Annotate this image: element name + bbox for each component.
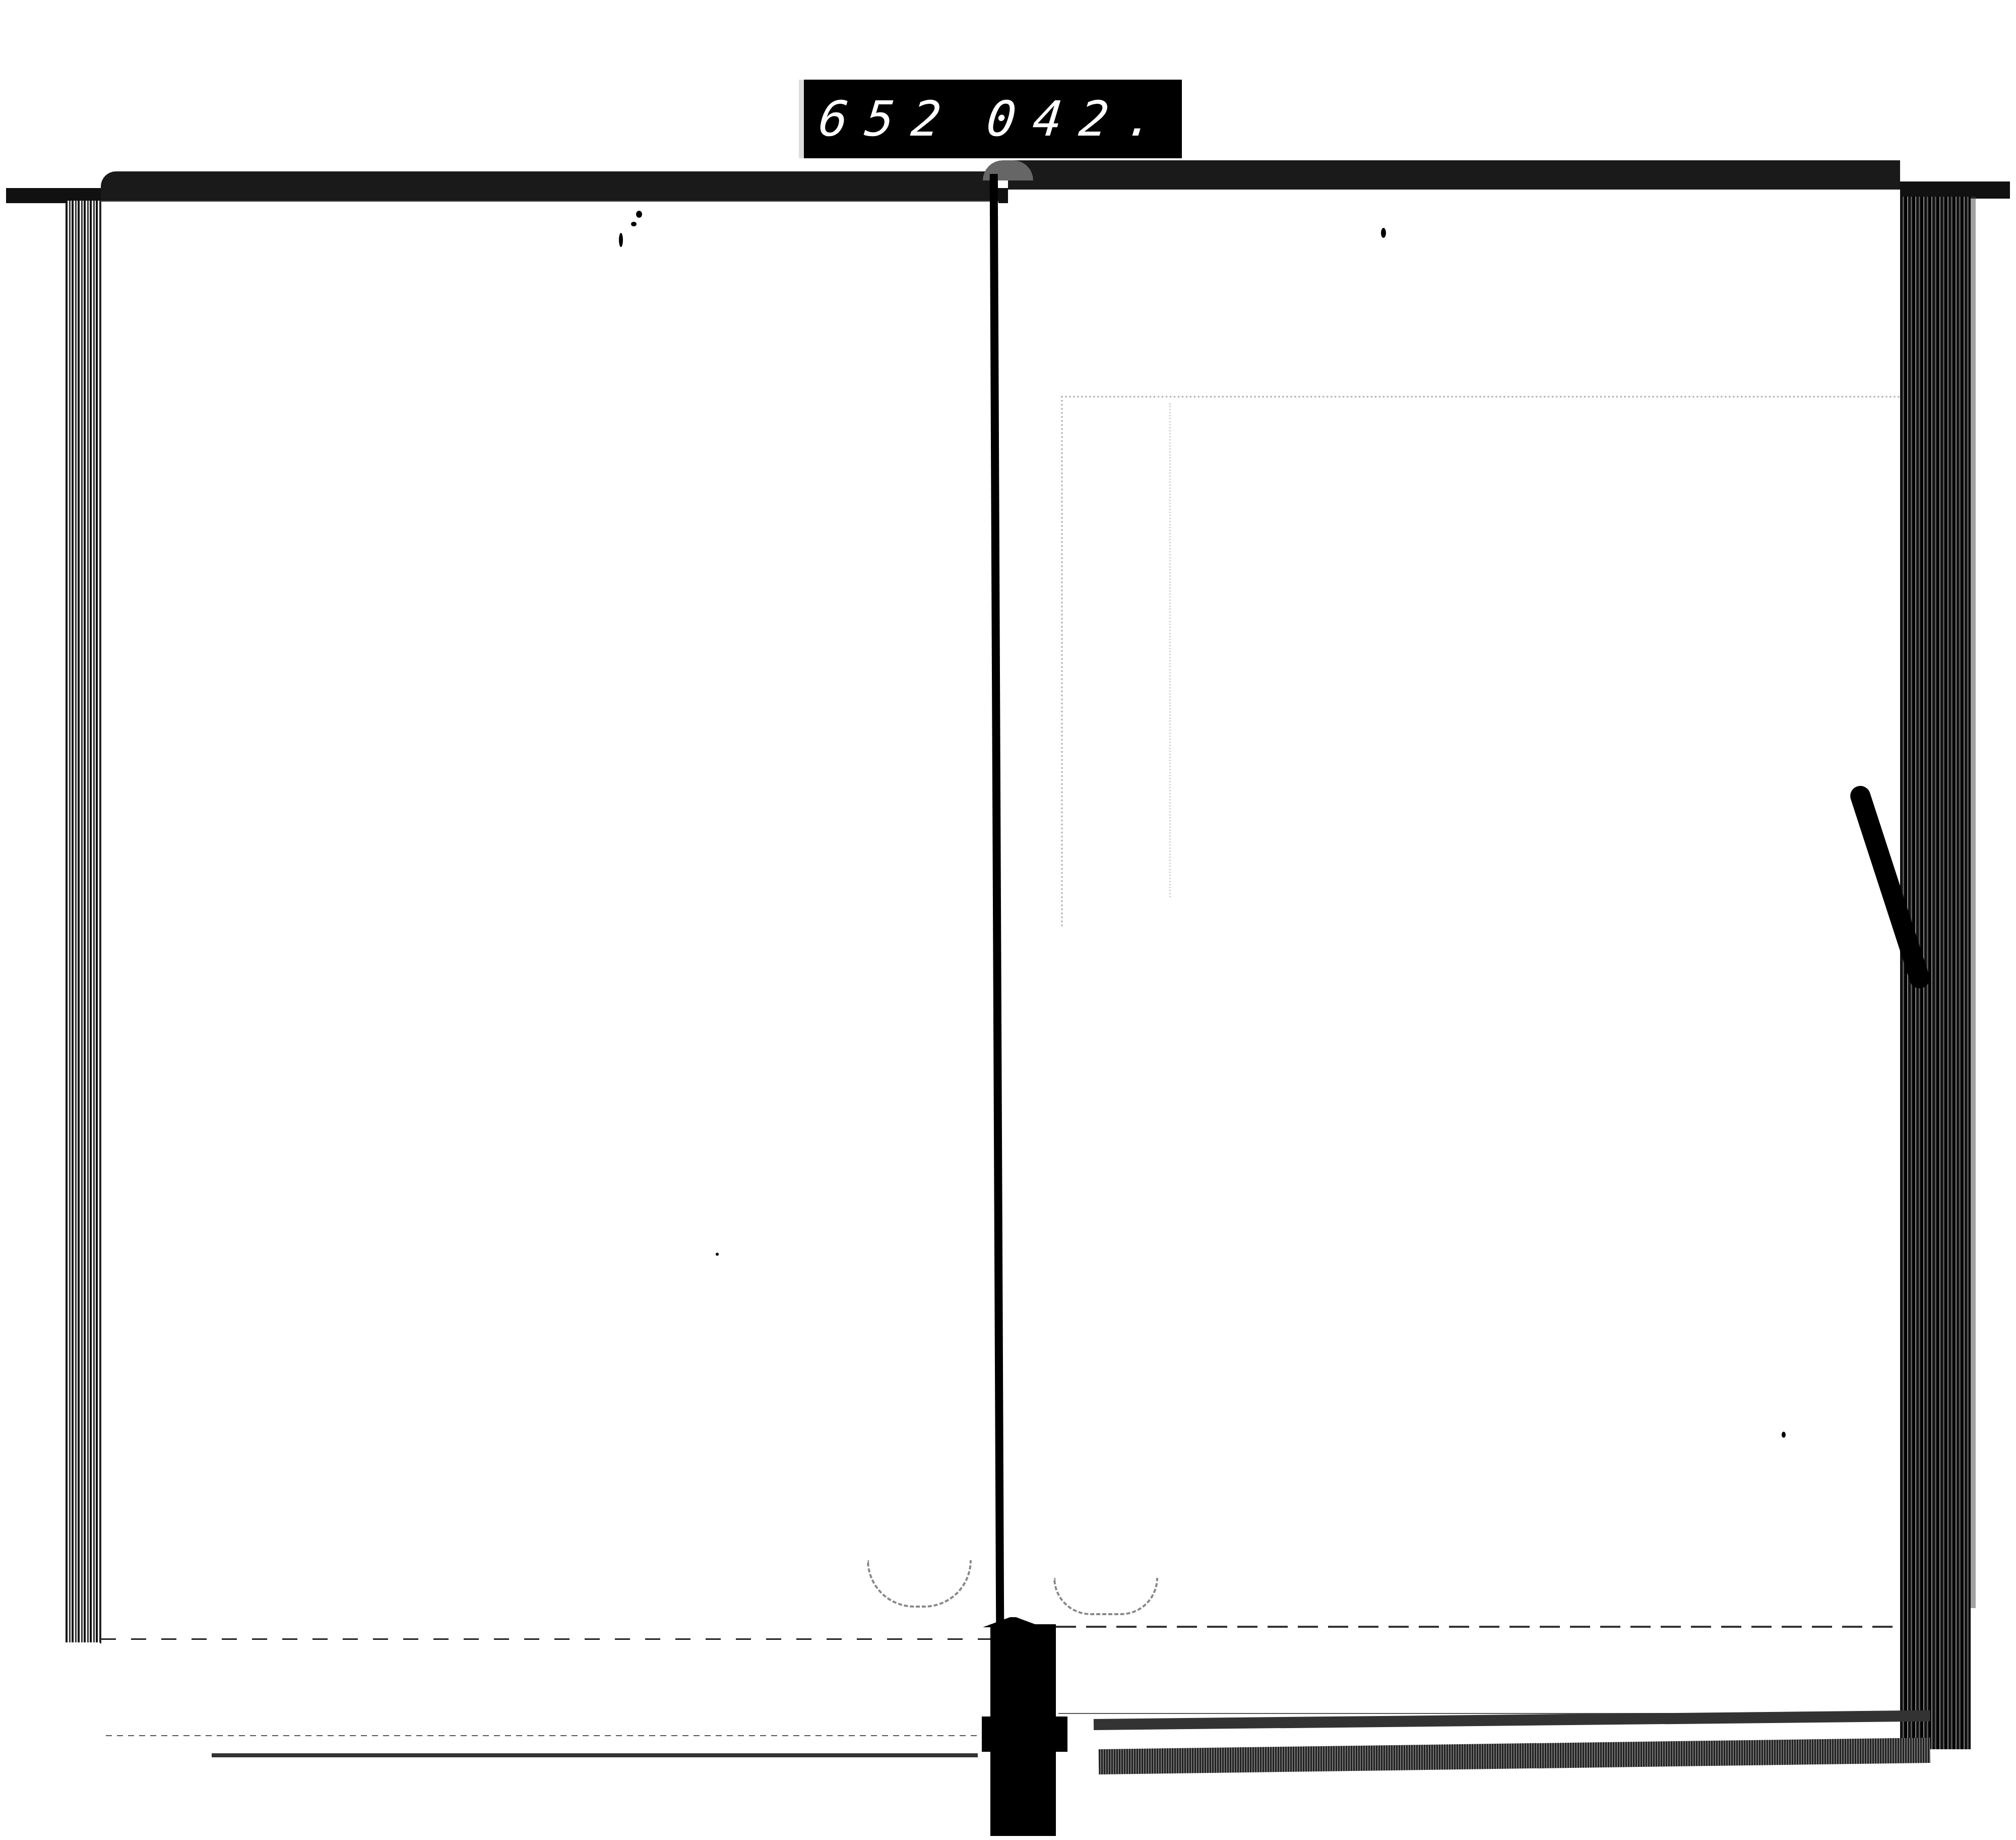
left-page-block-edge — [66, 201, 100, 1642]
speck-mark — [631, 222, 637, 226]
right-page-outer-edge — [1971, 197, 1976, 1608]
frame-number: 042. — [984, 95, 1174, 143]
right-page-top-edge — [1008, 160, 1900, 190]
book-top-rail-right — [1900, 181, 2010, 199]
spine-foot — [982, 1716, 1067, 1752]
right-cover-edge-lower — [1099, 1738, 1931, 1774]
left-lower-page-line — [106, 1735, 983, 1736]
faint-table-column — [1169, 403, 1171, 897]
reel-frame-label: 652 042. — [799, 80, 1182, 158]
speck-mark — [636, 211, 642, 218]
speck-mark — [1782, 1432, 1786, 1438]
reel-number: 652 — [816, 95, 960, 143]
left-page-bottom-edge — [101, 1638, 998, 1640]
left-page — [100, 201, 998, 1643]
speck-mark — [1381, 228, 1386, 238]
left-cover-edge — [212, 1753, 978, 1757]
left-page-top-edge — [101, 171, 998, 201]
faint-table-border — [1061, 396, 1905, 927]
speck-mark — [716, 1253, 719, 1256]
right-page-bottom-edge — [1056, 1626, 1900, 1628]
speck-mark — [619, 233, 623, 247]
